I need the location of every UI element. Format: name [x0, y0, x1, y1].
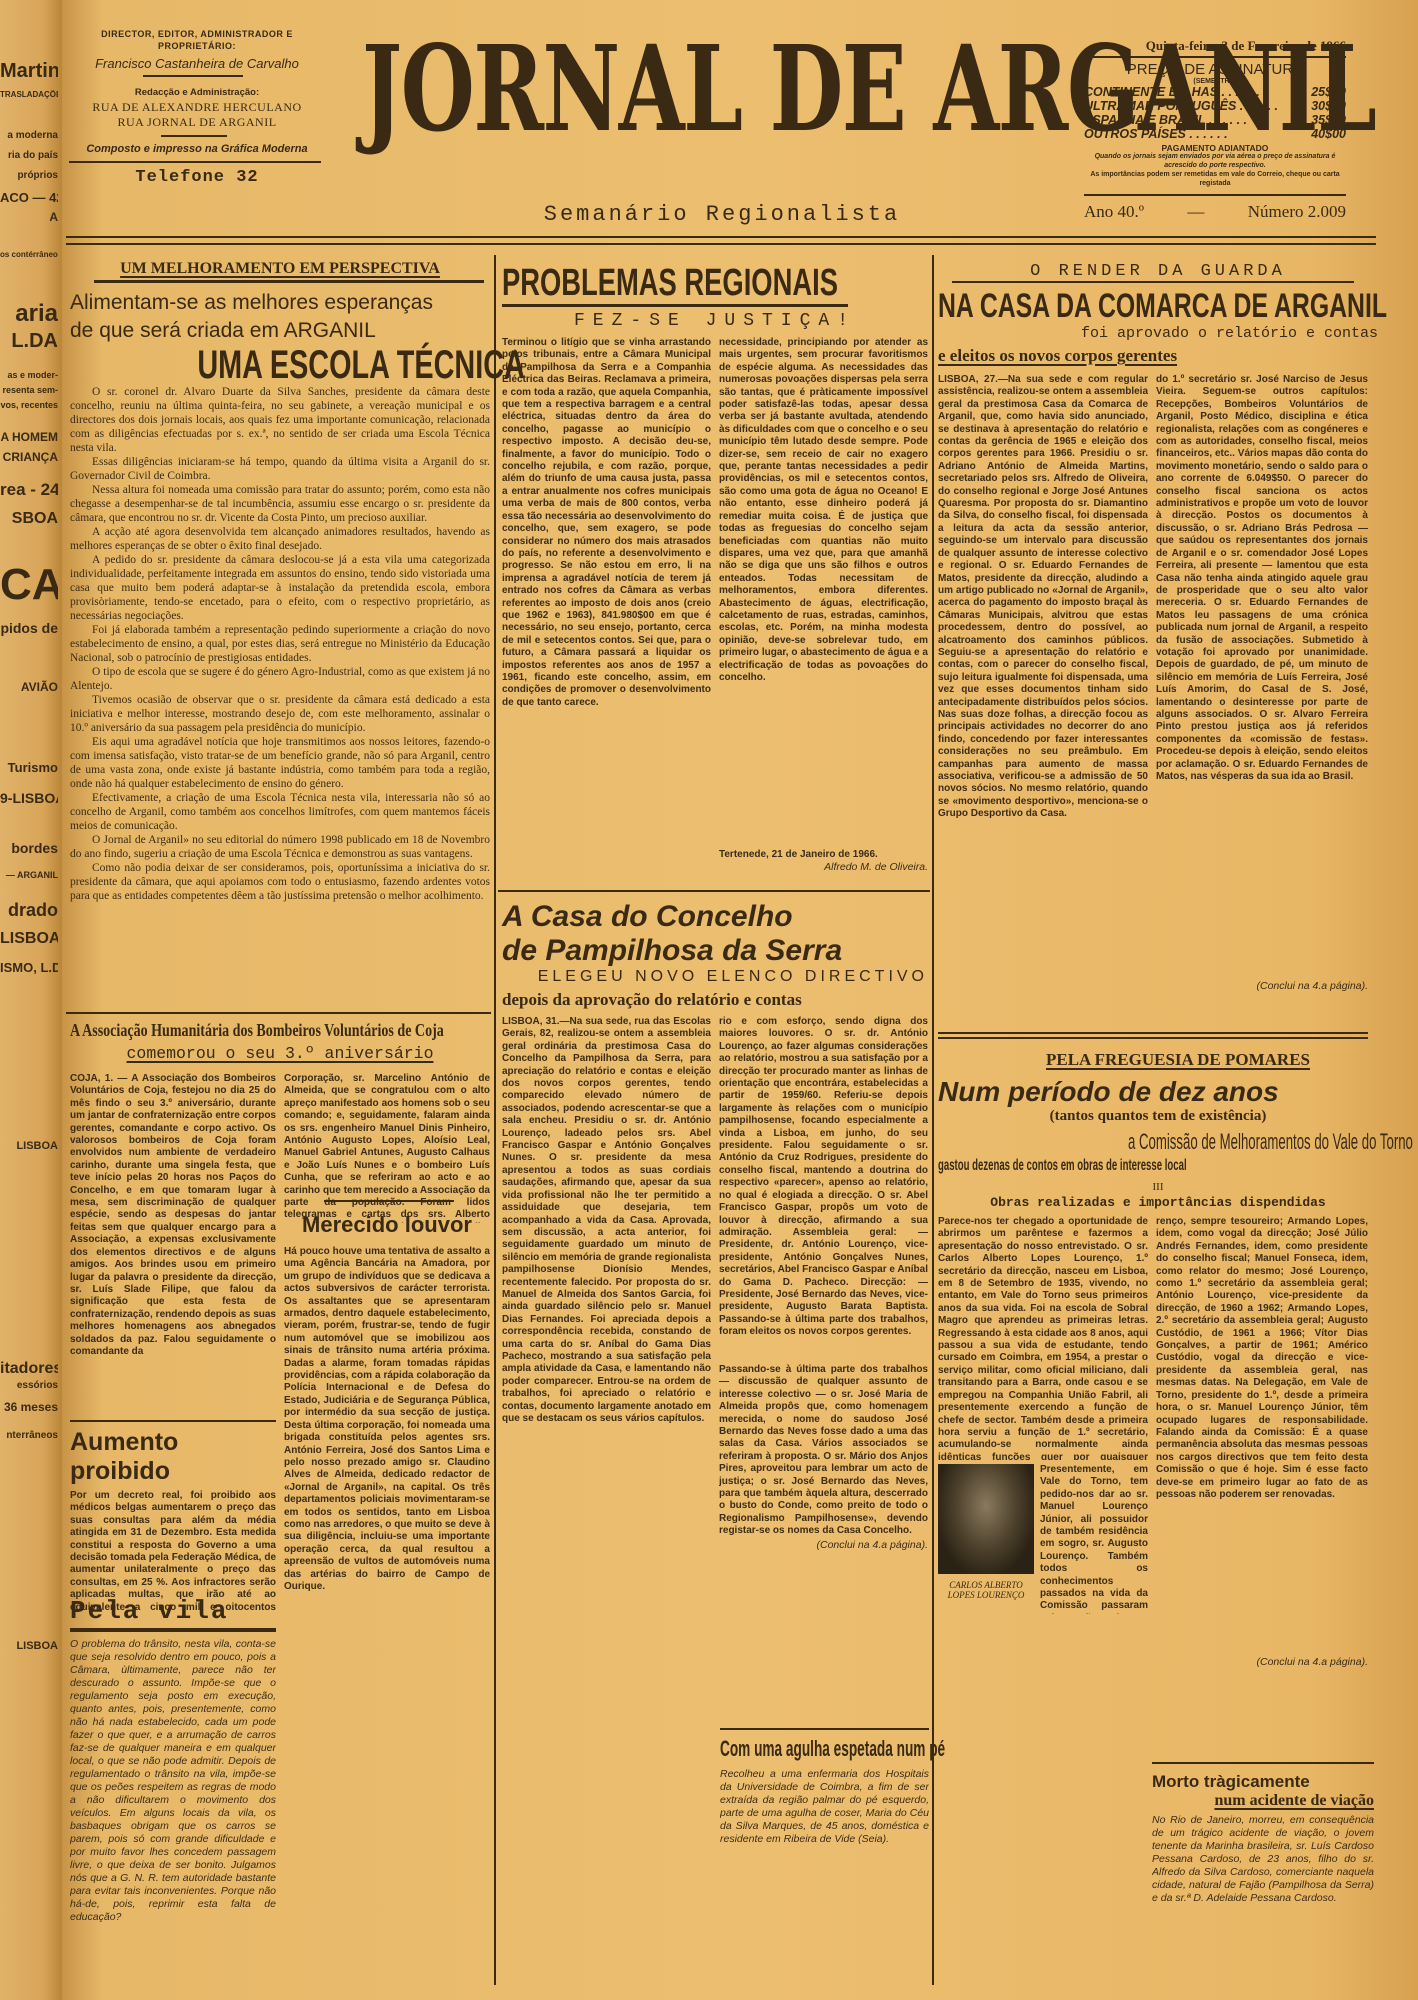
address-heading: Redacção e Administração: [66, 87, 328, 98]
deck-line-2: e eleitos os novos corpos gerentes [938, 346, 1378, 366]
spine-text-fragment: A HOMEM [0, 430, 58, 444]
paragraph: Nessa altura foi nomeada uma comissão pa… [70, 483, 490, 525]
column-1: Terminou o litígio que se vinha arrastan… [502, 337, 711, 877]
kicker: A Associação Humanitária dos Bombeiros V… [70, 1020, 444, 1041]
column-1: LISBOA, 31.—Na sua sede, rua das Escolas… [502, 1016, 711, 1596]
deck-line-1: Alimentam-se as melhores esperanças [70, 291, 490, 315]
price-row: ESPANHA E BRASIL . . . . . .35$00 [1084, 113, 1346, 127]
previous-page-spine: MartinsTRASLADAÇÕESa modernaria do paísp… [0, 0, 62, 2000]
price-region: CONTINENTE E ILHAS . . . . . . [1084, 85, 1260, 99]
article-aumento-proibido: Aumento proibido Por um decreto real, fo… [70, 1420, 276, 1610]
paragraph: Eis aqui uma agradável notícia que hoje … [70, 735, 490, 791]
article-body: O sr. coronel dr. Alvaro Duarte da Silva… [70, 385, 490, 903]
spine-text-fragment: 9-LISBOA [0, 790, 58, 806]
spine-text-fragment: resenta sem- [0, 385, 58, 395]
spine-text-fragment: LISBOA [0, 1640, 58, 1652]
printer-credit: Composto e impresso na Gráfica Moderna [66, 143, 328, 155]
article-body: Por um decreto real, foi proibido aos mé… [70, 1490, 276, 1610]
kicker: PELA FREGUESIA DE POMARES [938, 1050, 1378, 1070]
spine-text-fragment: L.DA [0, 330, 58, 353]
headline: Com uma agulha espetada num pé [720, 1736, 945, 1762]
paragraph: Efectivamente, a criação de uma Escola T… [70, 791, 490, 833]
article-body: O problema do trânsito, nesta vila, cont… [70, 1638, 276, 2000]
price-amount: 25$00 [1311, 85, 1346, 99]
spine-text-fragment: LISBOA [0, 1140, 58, 1152]
deck-line-1: foi aprovado o relatório e contas [938, 325, 1378, 342]
article-body: No Rio de Janeiro, morreu, em consequênc… [1152, 1814, 1374, 1924]
deck-line-1: (tantos quantos tem de existência) [938, 1108, 1378, 1125]
column-1: Parece-nos ter chegado a oportunidade de… [938, 1216, 1148, 1460]
spine-text-fragment: TRASLADAÇÕES [0, 90, 58, 99]
spine-text-fragment: 36 meses [0, 1400, 58, 1414]
spine-text-fragment: próprios [0, 170, 58, 181]
dateline: Tertenede, 21 de Janeiro de 1966. [719, 849, 928, 861]
price-row: OUTROS PAÍSES . . . . . .40$00 [1084, 127, 1346, 141]
spine-text-fragment: A [0, 210, 58, 224]
spine-text-fragment: ACO — 42 [0, 190, 58, 205]
price-row: ULTRAMAR PORTUGUÊS . . . . . .30$00 [1084, 99, 1346, 113]
article-casa-pampilhosa: A Casa do Concelho de Pampilhosa da Serr… [502, 900, 928, 1596]
price-row: CONTINENTE E ILHAS . . . . . .25$00 [1084, 85, 1346, 99]
volume-dash: — [1187, 202, 1204, 222]
subhead: Obras realizadas e importâncias dispendi… [938, 1195, 1378, 1210]
kicker: O RENDER DA GUARDA [938, 262, 1378, 281]
masthead-title-wrap: JORNAL DE ARGANIL [362, 30, 1122, 160]
headline-line-2: num acidente de viação [1152, 1792, 1374, 1810]
author: Alfredo M. de Oliveira. [719, 861, 928, 874]
staff-box: DIRECTOR, EDITOR, ADMINISTRADOR E PROPRI… [66, 28, 328, 187]
deck-line-3: gastou dezenas de contos em obras de int… [938, 1157, 1187, 1175]
spine-text-fragment: CA [0, 560, 58, 610]
price-heading: PREÇO DE ASSINATURA [1084, 61, 1346, 78]
headline: Merecido louvor [284, 1212, 490, 1238]
headline: UMA ESCOLA TÉCNICA [197, 343, 524, 388]
headline: Num período de dez anos [938, 1076, 1378, 1108]
headline: Pela vila [70, 1596, 276, 1626]
spine-text-fragment: ISMO, L.DA [0, 960, 58, 975]
issue-date: Quinta-feira, 3 de Fevereiro de 1966 [1084, 38, 1346, 58]
headline: NA CASA DA COMARCA DE ARGANIL [938, 287, 1387, 326]
spine-text-fragment: bordes [0, 840, 58, 856]
paragraph: O tipo de escola que se sugere é do géne… [70, 665, 490, 693]
spine-text-fragment: Turismo [0, 760, 58, 775]
paragraph: Como não podia deixar de ser consideramo… [70, 861, 490, 903]
kicker: PROBLEMAS REGIONAIS [502, 262, 838, 305]
column-2: renço, sempre tesoureiro; Armando Lopes,… [1156, 1216, 1368, 1656]
headline-line-1: A Casa do Concelho [502, 900, 928, 934]
phone-number: Telefone 32 [66, 168, 328, 187]
article-body: Há pouco houve uma tentativa de assalto … [284, 1246, 490, 1966]
continued-note: (Conclui na 4.a página). [719, 1539, 928, 1552]
paragraph: Tivemos ocasião de observar que o sr. pr… [70, 693, 490, 735]
spine-text-fragment: essórios [0, 1380, 58, 1391]
spine-text-fragment: rea - 248 [0, 480, 58, 500]
address-line-1: RUA DE ALEXANDRE HERCULANO [66, 100, 328, 115]
price-region: ULTRAMAR PORTUGUÊS . . . . . . [1084, 99, 1278, 113]
column-3: Passando-se à última parte dos trabalhos… [719, 1364, 928, 1539]
spine-text-fragment: aria [0, 300, 58, 328]
spine-text-fragment: nterrâneos [0, 1430, 58, 1441]
article-morto-tragicamente: Morto tràgicamente num acidente de viaçã… [1152, 1762, 1374, 1924]
price-region: OUTROS PAÍSES . . . . . . [1084, 127, 1228, 141]
headline: Aumento proibido [70, 1428, 276, 1486]
headline-line-1: Morto tràgicamente [1152, 1772, 1374, 1792]
staff-name: Francisco Castanheira de Carvalho [66, 56, 328, 71]
photo-caption-2: LOPES LOURENÇO [938, 1590, 1034, 1600]
staff-heading: DIRECTOR, EDITOR, ADMINISTRADOR E PROPRI… [66, 28, 328, 52]
kicker: UM MELHORAMENTO EM PERSPECTIVA [70, 260, 490, 278]
spine-text-fragment: AVIÃO [0, 680, 58, 694]
price-table: CONTINENTE E ILHAS . . . . . .25$00ULTRA… [1084, 85, 1346, 141]
headline-line-2: de Pampilhosa da Serra [502, 934, 928, 968]
spine-text-fragment: a moderna [0, 130, 58, 141]
price-amount: 30$00 [1311, 99, 1346, 113]
column-2: rio e com esforço, sendo digna dos maior… [719, 1016, 928, 1356]
spine-text-fragment: pidos de [0, 620, 58, 636]
deck-line-2: depois da aprovação do relatório e conta… [502, 990, 928, 1010]
paragraph: A pedido do sr. presidente da câmara des… [70, 553, 490, 623]
paragraph: A acção até agora desenvolvida tem alcan… [70, 525, 490, 553]
spine-text-fragment: SBOA [0, 510, 58, 528]
continued-note: (Conclui na 4.a página). [1156, 980, 1368, 993]
deck-line-2: de que será criada em ARGANIL [70, 319, 490, 343]
payment-note: As importâncias podem ser remetidas em v… [1084, 171, 1346, 188]
deck-line-1: ELEGEU NOVO ELENCO DIRECTIVO [538, 968, 928, 985]
spine-text-fragment: as e moder- [0, 370, 58, 380]
portrait-photo [938, 1464, 1034, 1574]
article-problemas-regionais: PROBLEMAS REGIONAIS FEZ-SE JUSTIÇA! Term… [502, 262, 928, 877]
column-1: LISBOA, 27.—Na sua sede e com regular as… [938, 374, 1148, 994]
column-3: Presentemente, em Vale do Torno, tem ped… [1040, 1464, 1148, 1614]
price-period: (SEMESTRE) [1084, 78, 1346, 85]
column-2: necessidade, principiando por atender as… [719, 337, 928, 847]
spine-text-fragment: ria do país [0, 150, 58, 161]
article-agulha: Com uma agulha espetada num pé Recolheu … [720, 1728, 929, 1888]
paragraph: O Jornal de Arganil» no seu editorial do… [70, 833, 490, 861]
continued-note: (Conclui na 4.a página). [1156, 1656, 1368, 1669]
deck-line-2: a Comissão de Melhoramentos do Vale do T… [1128, 1129, 1413, 1155]
spine-text-fragment: — ARGANIL [0, 870, 58, 880]
article-pela-vila: Pela vila O problema do trânsito, nesta … [70, 1596, 276, 2000]
spine-text-fragment: Martins [0, 60, 58, 83]
article-merecido-louvor: Merecido louvor Há pouco houve uma tenta… [284, 1200, 490, 1966]
part-number: III [938, 1181, 1378, 1193]
article-escola-tecnica: UM MELHORAMENTO EM PERSPECTIVA Alimentam… [70, 260, 490, 903]
headline: comemorou o seu 3.º aniversário [70, 1044, 490, 1063]
newspaper-page: DIRECTOR, EDITOR, ADMINISTRADOR E PROPRI… [62, 0, 1418, 2000]
masthead-title: JORNAL DE ARGANIL [362, 30, 909, 148]
paragraph: Foi já elaborada também a representação … [70, 623, 490, 665]
price-region: ESPANHA E BRASIL . . . . . . [1084, 113, 1247, 127]
paragraph: O sr. coronel dr. Alvaro Duarte da Silva… [70, 385, 490, 455]
issue-number: Número 2.009 [1248, 202, 1346, 222]
column-1: COJA, 1. — A Associação dos Bombeiros Vo… [70, 1073, 276, 1383]
volume-year: Ano 40.º [1084, 202, 1144, 222]
address-line-2: RUA JORNAL DE ARGANIL [66, 115, 328, 130]
price-amount: 40$00 [1311, 127, 1346, 141]
payment-terms: PAGAMENTO ADIANTADO [1084, 143, 1346, 153]
spine-text-fragment: CRIANÇA [0, 450, 58, 464]
price-amount: 35$00 [1311, 113, 1346, 127]
spine-text-fragment: os contérrâneos [0, 250, 58, 259]
photo-caption-1: CARLOS ALBERTO [938, 1580, 1034, 1590]
masthead-subtitle: Semanário Regionalista [392, 202, 1052, 227]
spine-text-fragment: itadores [0, 1360, 58, 1378]
article-casa-comarca: O RENDER DA GUARDA NA CASA DA COMARCA DE… [938, 262, 1378, 994]
headline: FEZ-SE JUSTIÇA! [502, 311, 928, 331]
spine-text-fragment: vos, recentes [0, 400, 58, 410]
column-2: do 1.º secretário sr. José Narciso de Je… [1156, 374, 1368, 980]
paragraph: Essas diligências iniciaram-se há tempo,… [70, 455, 490, 483]
spine-text-fragment: LISBOA [0, 930, 58, 948]
subscription-box: Quinta-feira, 3 de Fevereiro de 1966 PRE… [1084, 38, 1346, 222]
spine-text-fragment: drado [0, 900, 58, 921]
article-pomares: PELA FREGUESIA DE POMARES Num período de… [938, 1050, 1378, 1669]
airmail-note: Quando os jornais sejam enviados por via… [1084, 153, 1346, 170]
article-body: Recolheu a uma enfermaria dos Hospitais … [720, 1768, 929, 1888]
